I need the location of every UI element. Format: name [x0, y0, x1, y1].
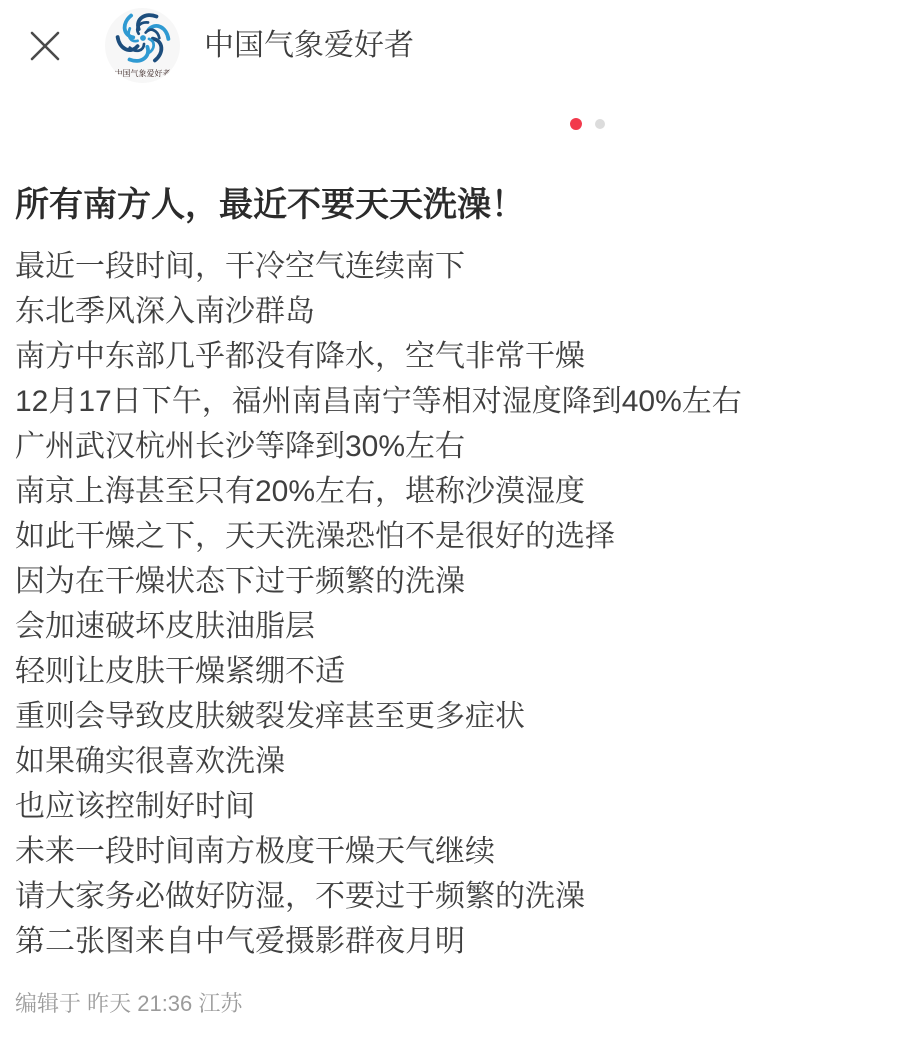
post-line: 东北季风深入南沙群岛 [15, 289, 742, 334]
post-line: 请大家务必做好防湿，不要过于频繁的洗澡 [15, 874, 742, 919]
carousel-dot[interactable] [595, 119, 605, 129]
account-name[interactable]: 中国气象爱好者 [204, 30, 414, 62]
avatar[interactable]: 中国气象爱好者 [105, 8, 180, 83]
post-line: 重则会导致皮肤皴裂发痒甚至更多症状 [15, 694, 742, 739]
post-line: 会加速破坏皮肤油脂层 [15, 604, 742, 649]
post-line: 南方中东部几乎都没有降水，空气非常干燥 [15, 334, 742, 379]
carousel-dot-active[interactable] [570, 118, 582, 130]
carousel-dots [570, 118, 605, 130]
post-line: 如果确实很喜欢洗澡 [15, 739, 742, 784]
post-title: 所有南方人，最近不要天天洗澡！ [15, 186, 525, 224]
edit-meta: 编辑于 昨天 21:36 江苏 [15, 991, 242, 1017]
post-line: 第二张图来自中气爱摄影群夜月明 [15, 919, 742, 964]
post-line: 因为在干燥状态下过于频繁的洗澡 [15, 559, 742, 604]
post-line: 最近一段时间，干冷空气连续南下 [15, 244, 742, 289]
post-line: 南京上海甚至只有20%左右，堪称沙漠湿度 [15, 469, 742, 514]
post-line: 轻则让皮肤干燥紧绷不适 [15, 649, 742, 694]
close-button[interactable] [27, 28, 63, 64]
close-icon [27, 28, 63, 64]
post-line: 12月17日下午，福州南昌南宁等相对湿度降到40%左右 [15, 379, 742, 424]
post-line: 也应该控制好时间 [15, 784, 742, 829]
avatar-caption: 中国气象爱好者 [105, 69, 180, 78]
post-line: 未来一段时间南方极度干燥天气继续 [15, 829, 742, 874]
post-line: 广州武汉杭州长沙等降到30%左右 [15, 424, 742, 469]
typhoon-spiral-icon [114, 9, 172, 67]
post-body: 最近一段时间，干冷空气连续南下 东北季风深入南沙群岛 南方中东部几乎都没有降水，… [15, 244, 742, 964]
post-line: 如此干燥之下，天天洗澡恐怕不是很好的选择 [15, 514, 742, 559]
post-viewer-page: 中国气象爱好者 中国气象爱好者 所有南方人，最近不要天天洗澡！ 最近一段时间，干… [0, 0, 900, 1040]
